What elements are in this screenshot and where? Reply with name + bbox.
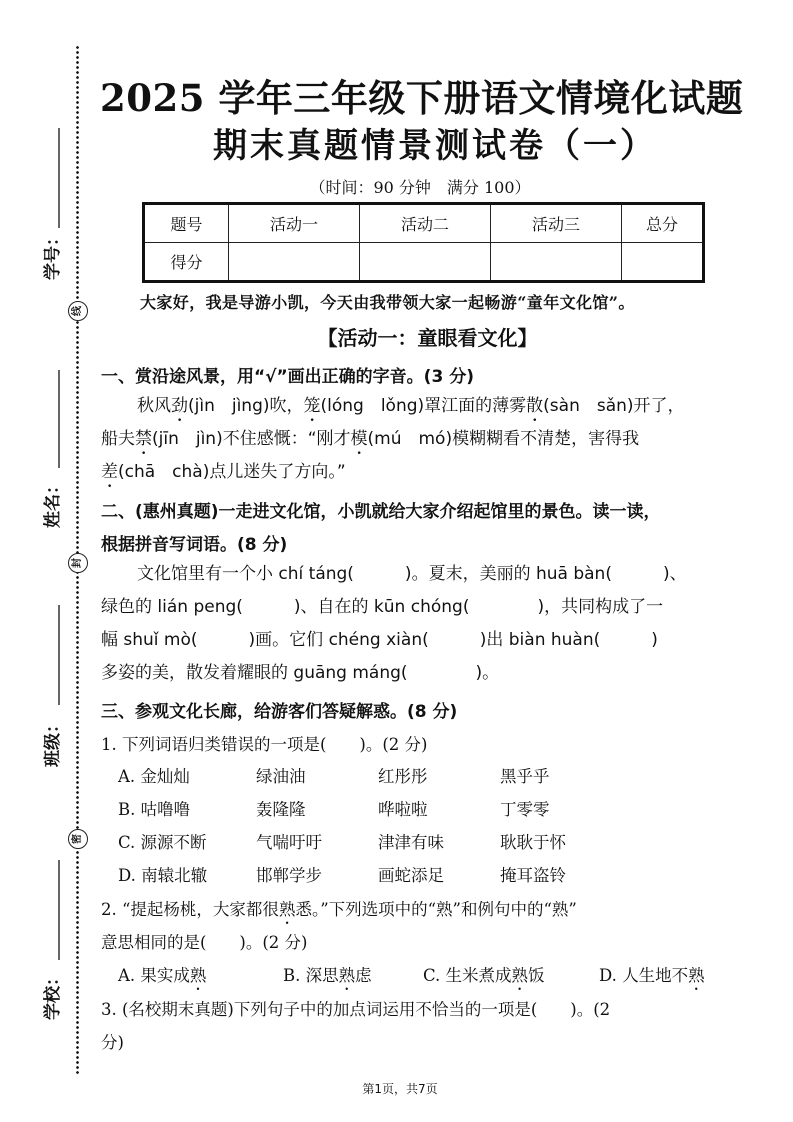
score-cell-activity-3[interactable]	[491, 243, 622, 282]
question-3-stem-line1: 3. (名校期末真题)下列句子中的加点词运用不恰当的一项是( )。(2	[101, 996, 610, 1020]
option-word: B. 咕噜噜	[118, 796, 256, 820]
question-2-stem-line2: 意思相同的是( )。(2 分)	[101, 929, 308, 953]
section-2-heading-line2: 根据拼音写词语。(8 分)	[101, 530, 761, 555]
text: A. 果实成	[118, 962, 190, 986]
option-word: 耿耿于怀	[500, 829, 620, 853]
question-2-options: A. 果实成熟B. 深思熟虑C. 生米煮成熟饭D. 人生地不熟	[118, 962, 705, 995]
seal-feng-icon: 封	[68, 553, 88, 573]
text: 虑	[355, 962, 372, 986]
student-id-input-line[interactable]	[58, 128, 60, 228]
dotted-char: 劲	[171, 396, 188, 416]
text: 秋风	[137, 396, 171, 416]
dotted-char: 模	[351, 429, 368, 449]
question-1-option-b[interactable]: B. 咕噜噜轰隆隆哗啦啦丁零零	[118, 796, 620, 829]
row-label-score: 得分	[144, 243, 229, 282]
name-label: 姓名：	[38, 477, 63, 528]
header-activity-3: 活动三	[491, 204, 622, 243]
exam-time-and-score: （时间：90 分钟 满分 100）	[100, 175, 740, 198]
passage-line-1: 秋风劲(jìn jìng)吹，笼(lóng lǒng)罩江面的薄雾散(sàn s…	[101, 390, 751, 423]
option-word: D. 南辕北辙	[118, 862, 256, 886]
dotted-char: 笼	[304, 396, 321, 416]
pinyin-choice-mu[interactable]: (mú mó)模糊糊看不清楚，害得我	[368, 429, 640, 449]
section-1-heading: 一、赏沿途风景，用“√”画出正确的字音。(3 分)	[101, 362, 761, 387]
school-label: 学校：	[38, 969, 63, 1020]
score-table-score-row: 得分	[144, 243, 704, 282]
section-1-passage: 秋风劲(jìn jìng)吹，笼(lóng lǒng)罩江面的薄雾散(sàn s…	[101, 390, 751, 489]
dotted-char: 熟	[279, 900, 296, 919]
activity-1-heading: 【活动一：童眼看文化】	[100, 322, 755, 351]
text: C. 生米煮成	[423, 962, 512, 986]
text: 2. “提起杨桃，大家都很	[101, 900, 279, 919]
exam-title-line2: 期末真题情景测试卷（一）	[100, 118, 740, 167]
option-word: C. 源源不断	[118, 829, 256, 853]
section-2-passage: 文化馆里有一个小 chí táng( )。夏末，美丽的 huā bàn( )、 …	[101, 558, 751, 690]
option-word: 掩耳盗铃	[500, 862, 620, 886]
score-table: 题号 活动一 活动二 活动三 总分 得分	[142, 202, 705, 283]
option-word: 丁零零	[500, 796, 620, 820]
score-cell-total[interactable]	[622, 243, 704, 282]
text: 悉。”下列选项中的“熟”和例句中的“熟”	[295, 900, 576, 919]
class-label: 班级：	[38, 716, 63, 767]
question-2-stem-line1: 2. “提起杨桃，大家都很熟悉。”下列选项中的“熟”和例句中的“熟”	[101, 896, 577, 928]
name-input-line[interactable]	[58, 370, 60, 468]
option-word: 红彤彤	[378, 763, 500, 787]
question-1-stem: 1. 下列词语归类错误的一项是( )。(2 分)	[101, 731, 427, 755]
pinyin-choice-jin[interactable]: (jìn jìng)吹，	[188, 396, 304, 416]
section-3-heading: 三、参观文化长廊，给游客们答疑解惑。(8 分)	[101, 697, 761, 722]
option-word: 黑乎乎	[500, 763, 620, 787]
option-word: 邯郸学步	[256, 862, 378, 886]
header-total: 总分	[622, 204, 704, 243]
dotted-char: 熟	[688, 962, 705, 994]
dotted-char: 散	[526, 396, 543, 416]
score-cell-activity-1[interactable]	[229, 243, 360, 282]
fill-blank-line-2[interactable]: 绿色的 lián peng( )、自在的 kūn chóng( )，共同构成了一	[101, 591, 751, 624]
fill-blank-line-1[interactable]: 文化馆里有一个小 chí táng( )。夏末，美丽的 huā bàn( )、	[101, 558, 751, 591]
seal-xian-icon: 线	[68, 301, 88, 321]
student-id-field[interactable]: 学号：	[38, 128, 68, 298]
option-word: 绿油油	[256, 763, 378, 787]
header-activity-2: 活动二	[360, 204, 491, 243]
pinyin-choice-cha[interactable]: (chā chà)点儿迷失了方向。”	[118, 462, 346, 482]
option-word: 津津有味	[378, 829, 500, 853]
text: 船夫	[101, 429, 135, 449]
student-id-label: 学号：	[38, 229, 63, 280]
class-field[interactable]: 班级：	[38, 605, 68, 765]
dotted-char: 熟	[339, 962, 356, 994]
question-1-option-c[interactable]: C. 源源不断气喘吁吁津津有味耿耿于怀	[118, 829, 620, 862]
dotted-char: 差	[101, 462, 118, 482]
page-indicator: 第1页，共7页	[330, 1080, 470, 1097]
question-2-option-d[interactable]: D. 人生地不熟	[599, 962, 705, 994]
name-field[interactable]: 姓名：	[38, 370, 68, 530]
question-1-option-a[interactable]: A. 金灿灿绿油油红彤彤黑乎乎	[118, 763, 620, 796]
score-table-header-row: 题号 活动一 活动二 活动三 总分	[144, 204, 704, 243]
school-field[interactable]: 学校：	[38, 860, 68, 1020]
option-word: 哗啦啦	[378, 796, 500, 820]
dotted-char: 禁	[135, 429, 152, 449]
text: 饭	[528, 962, 545, 986]
option-word: A. 金灿灿	[118, 763, 256, 787]
pinyin-choice-san[interactable]: (sàn sǎn)开了，	[543, 396, 684, 416]
option-word: 轰隆隆	[256, 796, 378, 820]
class-input-line[interactable]	[58, 605, 60, 705]
text: D. 人生地不	[599, 962, 688, 986]
question-2-option-c[interactable]: C. 生米煮成熟饭	[423, 962, 599, 994]
pinyin-choice-long[interactable]: (lóng lǒng)罩江面的薄雾	[321, 396, 527, 416]
header-activity-1: 活动一	[229, 204, 360, 243]
passage-line-2: 船夫禁(jīn jìn)不住感慨：“刚才模(mú mó)模糊糊看不清楚，害得我	[101, 423, 751, 456]
question-2-option-b[interactable]: B. 深思熟虑	[283, 962, 423, 994]
seal-mi-icon: 密	[68, 829, 88, 849]
fill-blank-line-3[interactable]: 幅 shuǐ mò( )画。它们 chéng xiàn( )出 biàn huà…	[101, 624, 751, 657]
guide-intro: 大家好，我是导游小凯，今天由我带领大家一起畅游“童年文化馆”。	[140, 290, 760, 313]
pinyin-choice-jin2[interactable]: (jīn jìn)不住感慨：“刚才	[152, 429, 351, 449]
header-question-no: 题号	[144, 204, 229, 243]
school-input-line[interactable]	[58, 860, 60, 960]
question-1-option-d[interactable]: D. 南辕北辙邯郸学步画蛇添足掩耳盗铃	[118, 862, 620, 895]
section-2-heading-line1: 二、(惠州真题)一走进文化馆，小凯就给大家介绍起馆里的景色。读一读，	[101, 497, 761, 522]
score-cell-activity-2[interactable]	[360, 243, 491, 282]
exam-title-line1: 2025 学年三年级下册语文情境化试题	[100, 68, 740, 122]
question-3-stem-line2: 分)	[101, 1029, 124, 1053]
dotted-char: 熟	[512, 962, 529, 994]
passage-line-3: 差(chā chà)点儿迷失了方向。”	[101, 456, 751, 489]
fill-blank-line-4[interactable]: 多姿的美，散发着耀眼的 guāng máng( )。	[101, 657, 751, 690]
option-word: 气喘吁吁	[256, 829, 378, 853]
text: B. 深思	[283, 962, 339, 986]
option-word: 画蛇添足	[378, 862, 500, 886]
question-2-option-a[interactable]: A. 果实成熟	[118, 962, 283, 994]
dotted-char: 熟	[190, 962, 207, 994]
